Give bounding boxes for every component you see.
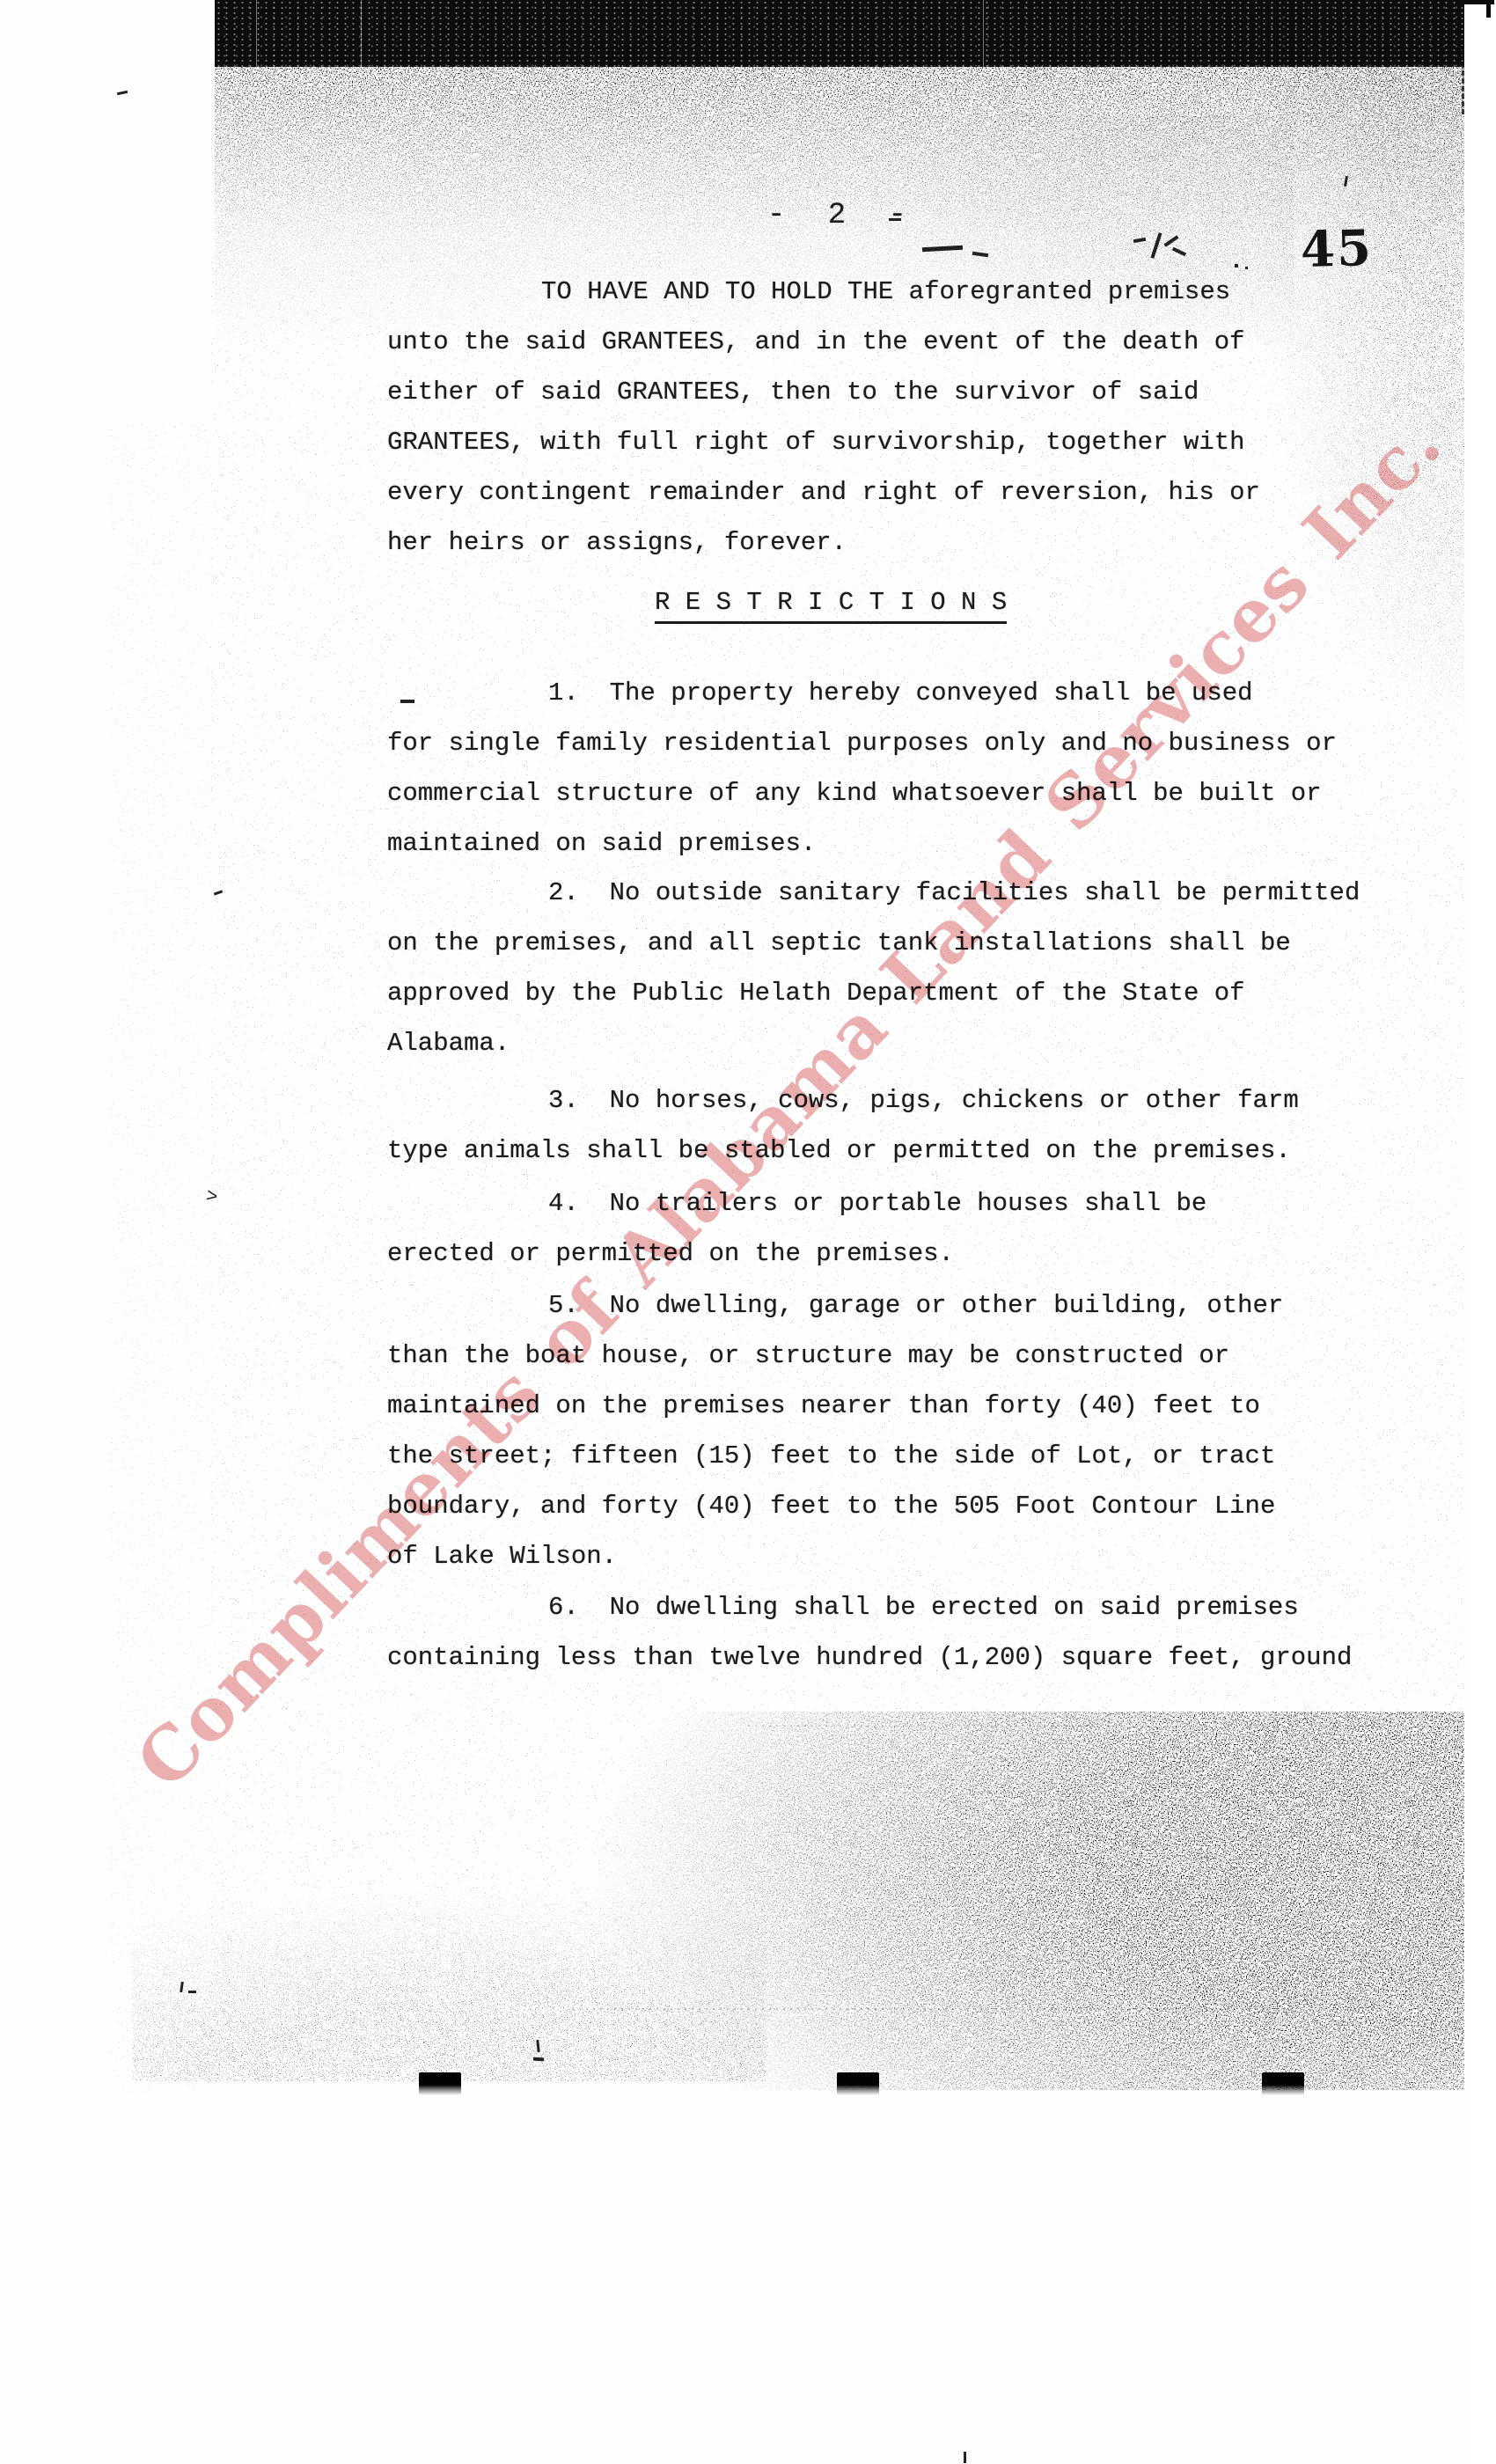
paper-crease (748, 1725, 1126, 1727)
paper-crease (572, 2008, 1294, 2010)
text-line: maintained on said premises. (387, 818, 1417, 869)
binder-tab (837, 2072, 879, 2095)
scan-mark (188, 1991, 196, 1993)
pen-scribble (1133, 238, 1146, 243)
scan-noise-bottom-right (475, 1712, 1464, 2090)
restriction-item-3: 3. No horses, cows, pigs, chickens or ot… (387, 1075, 1417, 1176)
text-line: boundary, and forty (40) feet to the 505… (387, 1481, 1417, 1531)
stray-dash (400, 700, 414, 703)
band-hairline (361, 0, 362, 67)
text-line: GRANTEES, with full right of survivorshi… (387, 417, 1417, 467)
text-line: every contingent remainder and right of … (387, 467, 1417, 517)
text-line: 2. No outside sanitary facilities shall … (387, 868, 1417, 918)
scan-mark (536, 2040, 539, 2052)
restriction-item-4: 4. No trailers or portable houses shall … (387, 1178, 1417, 1279)
pen-scribble (922, 246, 963, 252)
text-line: 6. No dwelling shall be erected on said … (387, 1582, 1417, 1632)
scan-speck (1235, 264, 1238, 268)
scan-noise-bottom-left (132, 1874, 766, 2081)
text-line: 1. The property hereby conveyed shall be… (387, 668, 1417, 718)
habendum-paragraph: TO HAVE AND TO HOLD THE aforegranted pre… (387, 267, 1417, 568)
text-line: type animals shall be stabled or permitt… (387, 1126, 1417, 1176)
text-line: for single family residential purposes o… (387, 718, 1417, 768)
scan-mark (180, 1982, 184, 1992)
text-line: 4. No trailers or portable houses shall … (387, 1178, 1417, 1228)
pen-scribble (1163, 235, 1178, 247)
text-line: TO HAVE AND TO HOLD THE aforegranted pre… (387, 267, 1417, 317)
pen-scribble (1150, 232, 1162, 259)
restrictions-heading: R E S T R I C T I O N S (655, 588, 1007, 624)
scan-mark (533, 2057, 544, 2062)
scanned-deed-page: - 2 - 45 TO HAVE AND TO HOLD THE aforegr… (0, 0, 1496, 2464)
restriction-item-1: 1. The property hereby conveyed shall be… (387, 668, 1417, 869)
page-edge-line (1486, 0, 1491, 18)
restriction-item-6: 6. No dwelling shall be erected on said … (387, 1582, 1417, 1683)
text-line: the street; fifteen (15) feet to the sid… (387, 1431, 1417, 1481)
scanner-binding-band (215, 0, 1464, 67)
scan-mark (214, 890, 223, 895)
text-line: containing less than twelve hundred (1,2… (387, 1632, 1417, 1683)
scan-mark (964, 2452, 966, 2463)
scan-mark (889, 218, 901, 221)
page-number: - 2 - (767, 199, 919, 232)
text-line: erected or permitted on the premises. (387, 1228, 1417, 1279)
page-edge-dashes (1462, 40, 1464, 114)
pen-scribble (972, 252, 988, 257)
restrictions-heading-text: R E S T R I C T I O N S (655, 588, 1007, 624)
pen-scribble (1172, 247, 1186, 256)
page-right-margin (1468, 0, 1496, 2464)
binder-tab (419, 2072, 461, 2095)
text-line: 3. No horses, cows, pigs, chickens or ot… (387, 1075, 1417, 1126)
text-line: of Lake Wilson. (387, 1531, 1417, 1581)
text-line: commercial structure of any kind whatsoe… (387, 768, 1417, 818)
binder-tab (1262, 2072, 1304, 2095)
scan-noise-left-margin (111, 422, 215, 2094)
text-line: either of said GRANTEES, then to the sur… (387, 367, 1417, 417)
scan-mark (117, 91, 128, 95)
band-hairline (983, 0, 984, 67)
margin-check-mark: > (204, 1185, 219, 1209)
band-hairline (256, 0, 257, 67)
scan-mark (1344, 176, 1348, 187)
scan-speck (1245, 267, 1248, 269)
text-line: unto the said GRANTEES, and in the event… (387, 317, 1417, 367)
